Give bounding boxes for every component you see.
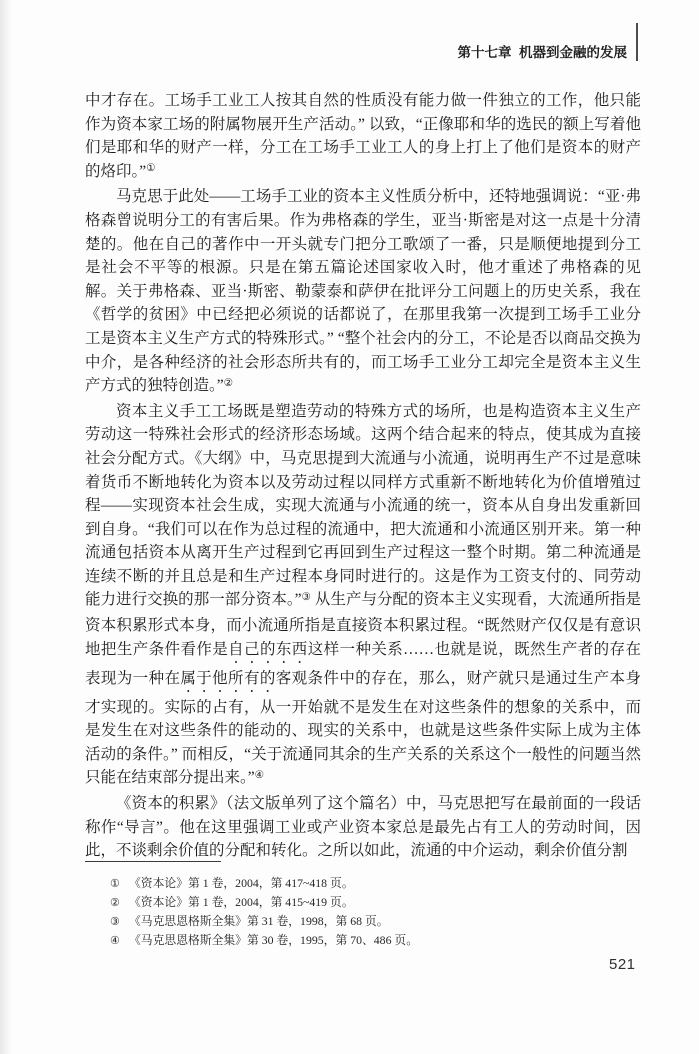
paragraph: 马克思于此处——工场手工业的资本主义性质分析中，还特地强调说：“亚·弗格森曾说明… — [85, 185, 641, 399]
text-run: 资本主义手工工场既是塑造劳动的特殊方式的场所，也是构造资本主义生产劳动这一特殊社… — [85, 403, 641, 609]
footnote-item: ④《马克思恩格斯全集》第 30 卷，1995，第 70、486 页。 — [85, 931, 630, 950]
header-rule — [636, 23, 638, 61]
text-run: 马克思于此处——工场手工业的资本主义性质分析中，还特地强调说：“亚·弗格森曾说明… — [85, 188, 641, 394]
footnote-item: ②《资本论》第 1 卷，2004，第 415~419 页。 — [85, 893, 630, 912]
footnote-marker: ① — [110, 875, 129, 893]
chapter-title: 第十七章 机器到金融的发展 — [457, 45, 627, 61]
footnote-marker: ③ — [110, 913, 129, 931]
footnote-marker: ④ — [110, 932, 129, 950]
footnote-ref: ③ — [302, 592, 311, 603]
footnote-marker: ② — [110, 894, 129, 912]
footnote-item: ①《资本论》第 1 卷，2004，第 417~418 页。 — [85, 874, 630, 893]
book-page: 第十七章 机器到金融的发展 中才存在。工场手工业工人按其自然的性质没有能力做一件… — [0, 0, 699, 1054]
running-header: 第十七章 机器到金融的发展 — [457, 23, 638, 61]
page-number: 521 — [609, 956, 636, 973]
footnote-ref: ② — [224, 378, 233, 389]
footnote-text: 《马克思恩格斯全集》第 31 卷，1998，第 68 页。 — [129, 914, 389, 928]
emphasized-text: 自己的东西 — [228, 641, 308, 658]
footnote-text: 《马克思恩格斯全集》第 30 卷，1995，第 70、486 页。 — [129, 933, 418, 947]
body-text: 中才存在。工场手工业工人按其自然的性质没有能力做一件独立的工作，他只能作为资本家… — [85, 89, 641, 863]
scan-edge-shadow — [0, 0, 12, 1054]
footnote-ref: ① — [146, 163, 155, 174]
footnote-ref: ④ — [255, 770, 264, 781]
footnotes: ①《资本论》第 1 卷，2004，第 417~418 页。②《资本论》第 1 卷… — [85, 874, 630, 950]
text-run: 《资本的积累》（法文版单列了这个篇名）中，马克思把写在最前面的一段话称作“导言”… — [85, 795, 641, 859]
footnote-text: 《资本论》第 1 卷，2004，第 415~419 页。 — [129, 895, 354, 909]
footnote-item: ③《马克思恩格斯全集》第 31 卷，1998，第 68 页。 — [85, 912, 630, 931]
emphasized-text: 属于他所有的 — [180, 670, 275, 687]
text-run: 中才存在。工场手工业工人按其自然的性质没有能力做一件独立的工作，他只能作为资本家… — [85, 92, 641, 180]
footnote-text: 《资本论》第 1 卷，2004，第 417~418 页。 — [129, 876, 354, 890]
footnote-separator — [85, 861, 221, 862]
paragraph: 《资本的积累》（法文版单列了这个篇名）中，马克思把写在最前面的一段话称作“导言”… — [85, 792, 641, 863]
paragraph: 资本主义手工工场既是塑造劳动的特殊方式的场所，也是构造资本主义生产劳动这一特殊社… — [85, 400, 641, 792]
text-run: 客观条件中的存在，那么，财产就只是通过生产本身才实现的。实际的占有，从一开始就不… — [85, 670, 641, 787]
paragraph: 中才存在。工场手工业工人按其自然的性质没有能力做一件独立的工作，他只能作为资本家… — [85, 89, 641, 185]
